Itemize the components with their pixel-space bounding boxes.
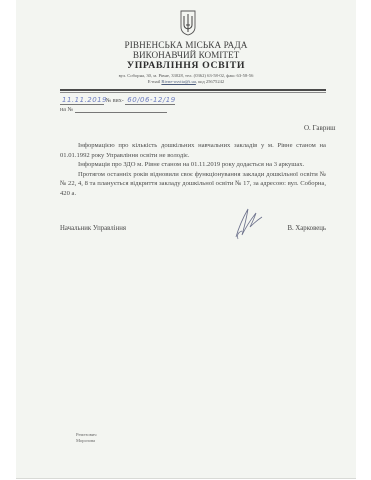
incoming-reference: на № bbox=[60, 106, 167, 113]
email-label: E-mail bbox=[148, 79, 162, 84]
trident-coat-of-arms-icon bbox=[180, 10, 196, 36]
handwritten-signature-icon bbox=[226, 203, 266, 243]
executive-committee-name: ВИКОНАВЧИЙ КОМІТЕТ bbox=[16, 51, 356, 60]
in-reply-blank bbox=[75, 106, 167, 113]
signatory-name: В. Харковець bbox=[287, 225, 326, 232]
body-paragraph: Протягом останніх років відновили своє ф… bbox=[60, 170, 326, 199]
header-divider bbox=[60, 89, 326, 91]
handwritten-date: 11.11.2019 bbox=[60, 96, 104, 105]
signatory-title: Начальник Управління bbox=[60, 225, 126, 232]
outgoing-number-label: № вих- bbox=[106, 98, 124, 104]
executor-line-2: Морозова bbox=[76, 438, 97, 444]
letter-body: Інформацією про кількість дошкільних нав… bbox=[60, 141, 326, 199]
in-reply-label: на № bbox=[60, 107, 73, 113]
executor-note: Ремезович Морозова bbox=[76, 432, 97, 444]
email-link[interactable]: Rivne-osvita@i.ua bbox=[161, 79, 195, 84]
edrpou-code: , код 25675242 bbox=[196, 79, 224, 84]
addressee: О. Гавриш bbox=[304, 124, 335, 132]
department-name: УПРАВЛІННЯ ОСВІТИ bbox=[16, 61, 356, 71]
body-paragraph: Інформація про ЗДО м. Рівне станом на 01… bbox=[60, 160, 326, 170]
body-paragraph: Інформацією про кількість дошкільних нав… bbox=[60, 141, 326, 160]
header-divider-thin bbox=[60, 92, 326, 93]
city-council-name: РІВНЕНСЬКА МІСЬКА РАДА bbox=[16, 41, 356, 50]
department-contacts: E-mail Rivne-osvita@i.ua, код 25675242 bbox=[16, 80, 356, 85]
handwritten-outgoing-number: 60/06-12/19 bbox=[125, 96, 175, 105]
department-address: вул. Соборна, 30, м. Рівне, 33028, тел. … bbox=[16, 74, 356, 79]
letter-page: РІВНЕНСЬКА МІСЬКА РАДА ВИКОНАВЧИЙ КОМІТЕ… bbox=[16, 0, 356, 479]
outgoing-reference: 11.11.2019 № вих- 60/06-12/19 bbox=[60, 96, 175, 105]
